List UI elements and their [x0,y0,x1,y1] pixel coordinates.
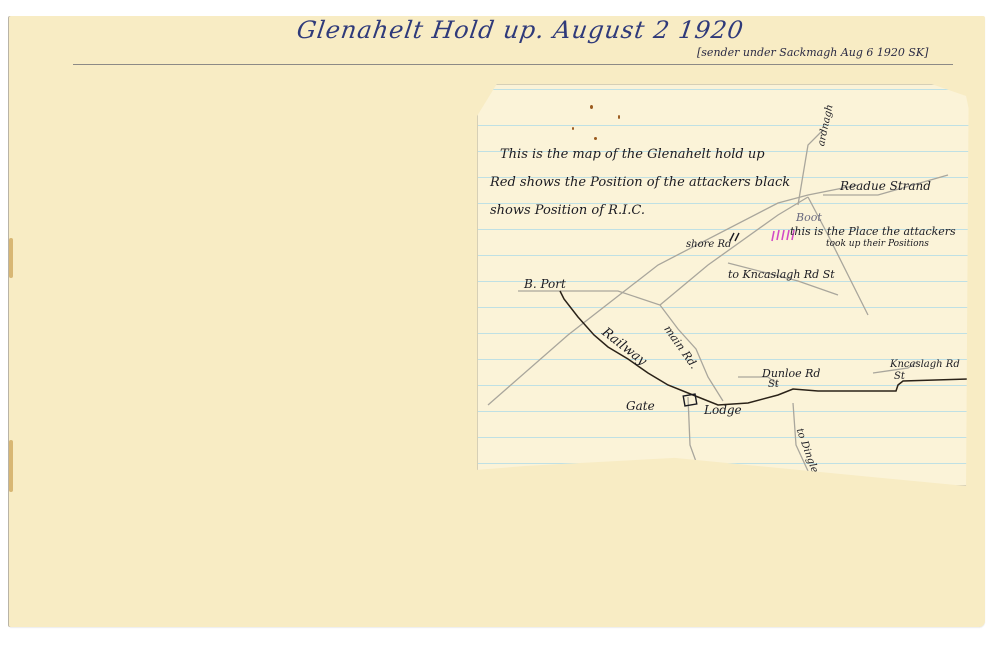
label-b-port: B. Port [524,277,566,291]
label-kncaslagh-rd: Kncaslagh Rd [890,359,960,370]
header-rule [73,64,953,65]
label-boot: Boot [796,211,822,224]
binding-stain [9,238,13,278]
document-title: Glenahelt Hold up. August 2 1920 [295,16,746,44]
caption-line-1: This is the map of the Glenahelt hold up [500,147,765,162]
label-lodge: Lodge [704,403,742,417]
map-slip: This is the map of the Glenahelt hold up… [477,84,971,486]
label-dunloe-st: St [768,379,779,390]
archive-note: [sender under Sackmagh Aug 6 1920 SK] [697,46,928,59]
caption-line-3: shows Position of R.I.C. [490,203,645,218]
document-page: Glenahelt Hold up. August 2 1920 [sender… [9,16,985,627]
binding-stain [9,440,13,492]
label-gate: Gate [626,399,655,413]
label-place-line1: this is the Place the attackers [790,225,956,238]
label-place-line2: took up their Positions [826,239,929,249]
caption-line-2: Red shows the Position of the attackers … [490,175,790,190]
label-kncaslagh-st: St [894,371,905,382]
label-shore-rd: shore Rd [686,239,731,250]
label-to-kncaslagh: to Kncaslagh Rd St [728,268,835,281]
label-readue-strand: Readue Strand [840,179,931,193]
